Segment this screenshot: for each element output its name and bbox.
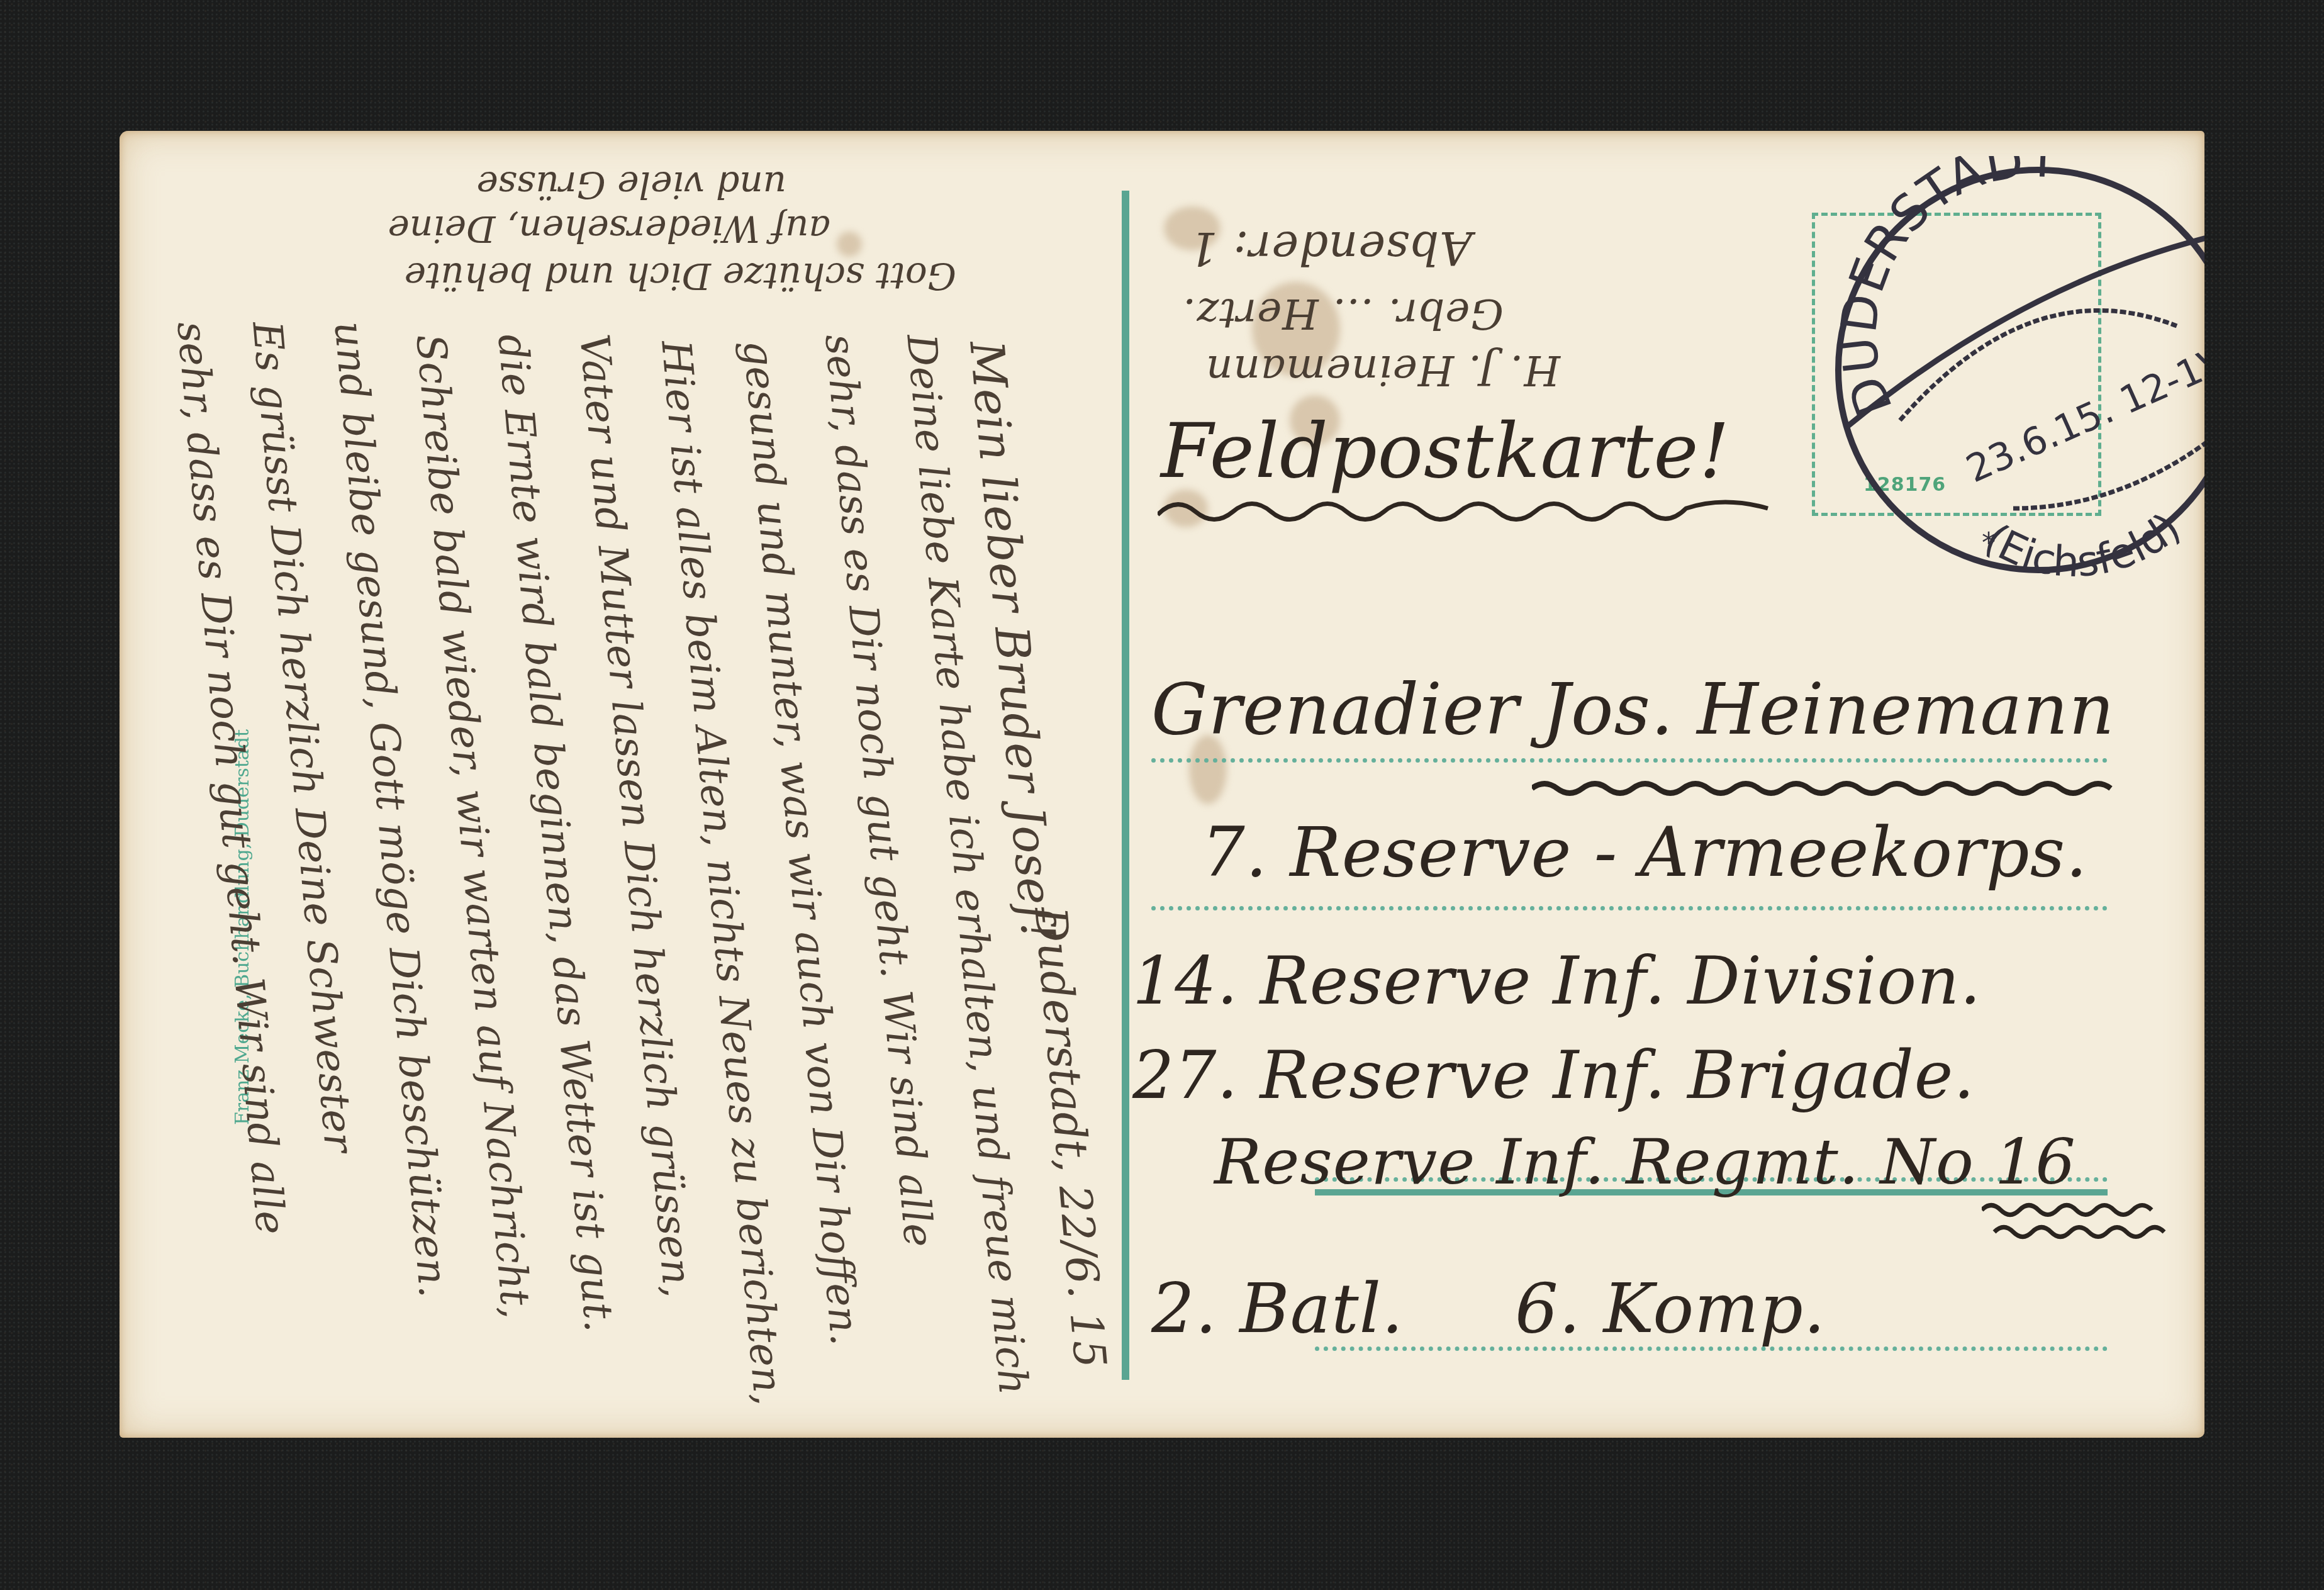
sender-line: Gebr. ... Hertz. (1182, 289, 1504, 338)
divider-line (1122, 191, 1129, 1380)
address-line-battalion: 2. Batl. 6. Komp. (1151, 1270, 1826, 1348)
sender-line: Absender: 1 (1188, 221, 1472, 274)
postmark-region: (Eichsfeld) (1976, 503, 2190, 584)
svg-text:DUDERSTADT: DUDERSTADT (1831, 156, 2060, 423)
address-line-corps: 7. Reserve - Armeekorps. (1202, 814, 2088, 892)
regiment-double-squiggle (1982, 1194, 2170, 1251)
address-line-recipient: Grenadier Jos. Heinemann (1151, 669, 2115, 751)
address-rule (1151, 906, 2108, 910)
address-line-regiment: Reserve Inf. Regmt. No 16 (1214, 1125, 2076, 1199)
message-upside-down-line: auf Wiedersehen, Deine (388, 208, 830, 250)
heading-underline-squiggle (1158, 490, 1774, 527)
postmark-star-icon: * (1982, 527, 1996, 559)
sender-line: H. J. Heinemann (1205, 346, 1560, 395)
address-line-brigade: 27. Reserve Inf. Brigade. (1132, 1037, 1975, 1114)
postmark-town: DUDERSTADT (1831, 156, 2060, 423)
address-line-division: 14. Reserve Inf. Division. (1132, 943, 1981, 1019)
svg-text:(Eichsfeld): (Eichsfeld) (1976, 503, 2190, 584)
address-rule (1151, 758, 2108, 763)
message-place-date: Duderstadt, 22/6. 15 (1024, 905, 1116, 1370)
name-underline-squiggle (1532, 770, 2136, 807)
postcard: 128176 Franz Mecke, Buchhandlung, Duders… (120, 131, 2204, 1438)
stain (837, 232, 862, 257)
postmark-duderstadt: DUDERSTADT 23.6.15. 12-1V (Eichsfeld) * (1824, 156, 2204, 584)
message-upside-down-line: Gott schütze Dich und behüte (405, 255, 956, 298)
feldpostkarte-heading: Feldpostkarte! (1161, 408, 1730, 495)
message-upside-down-line: und viele Grüsse (477, 164, 787, 206)
